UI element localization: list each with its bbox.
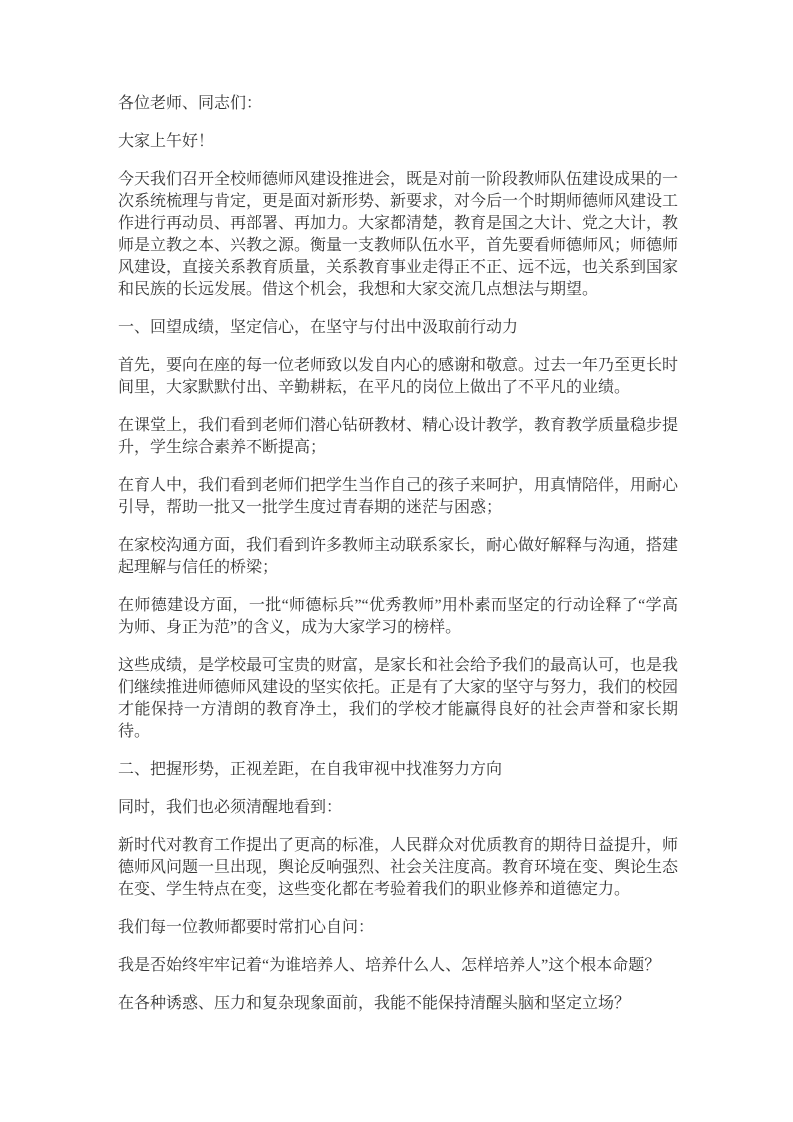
paragraph: 我是否始终牢牢记着“为谁培养人、培养什么人、怎样培养人”这个根本命题？ — [118, 955, 678, 977]
paragraph: 同时，我们也必须清醒地看到： — [118, 797, 678, 819]
paragraph: 我们每一位教师都要时常扪心自问： — [118, 917, 678, 939]
paragraph: 在各种诱惑、压力和复杂现象面前，我能不能保持清醒头脑和坚定立场？ — [118, 993, 678, 1015]
salutation-line: 各位老师、同志们： — [118, 93, 678, 115]
section-heading: 一、回望成绩，坚定信心，在坚守与付出中汲取前行动力 — [118, 317, 678, 339]
paragraph: 今天我们召开全校师德师风建设推进会，既是对前一阶段教师队伍建设成果的一次系统梳理… — [118, 169, 678, 301]
document-content: 各位老师、同志们：大家上午好！今天我们召开全校师德师风建设推进会，既是对前一阶段… — [0, 0, 793, 1015]
paragraph: 大家上午好！ — [118, 131, 678, 153]
paragraph: 在师德建设方面，一批“师德标兵”“优秀教师”用朴素而坚定的行动诠释了“学高为师、… — [118, 595, 678, 639]
paragraph: 在家校沟通方面，我们看到许多教师主动联系家长，耐心做好解释与沟通，搭建起理解与信… — [118, 535, 678, 579]
paragraph: 在育人中，我们看到老师们把学生当作自己的孩子来呵护，用真情陪伴，用耐心引导，帮助… — [118, 475, 678, 519]
section-heading: 二、把握形势，正视差距，在自我审视中找准努力方向 — [118, 759, 678, 781]
paragraph: 新时代对教育工作提出了更高的标准，人民群众对优质教育的期待日益提升，师德师风问题… — [118, 835, 678, 901]
paragraph: 在课堂上，我们看到老师们潜心钻研教材、精心设计教学，教育教学质量稳步提升，学生综… — [118, 415, 678, 459]
paragraph: 首先，要向在座的每一位老师致以发自内心的感谢和敬意。过去一年乃至更长时间里，大家… — [118, 355, 678, 399]
document-page: 各位老师、同志们：大家上午好！今天我们召开全校师德师风建设推进会，既是对前一阶段… — [0, 0, 793, 1122]
paragraph: 这些成绩，是学校最可宝贵的财富，是家长和社会给予我们的最高认可，也是我们继续推进… — [118, 655, 678, 743]
